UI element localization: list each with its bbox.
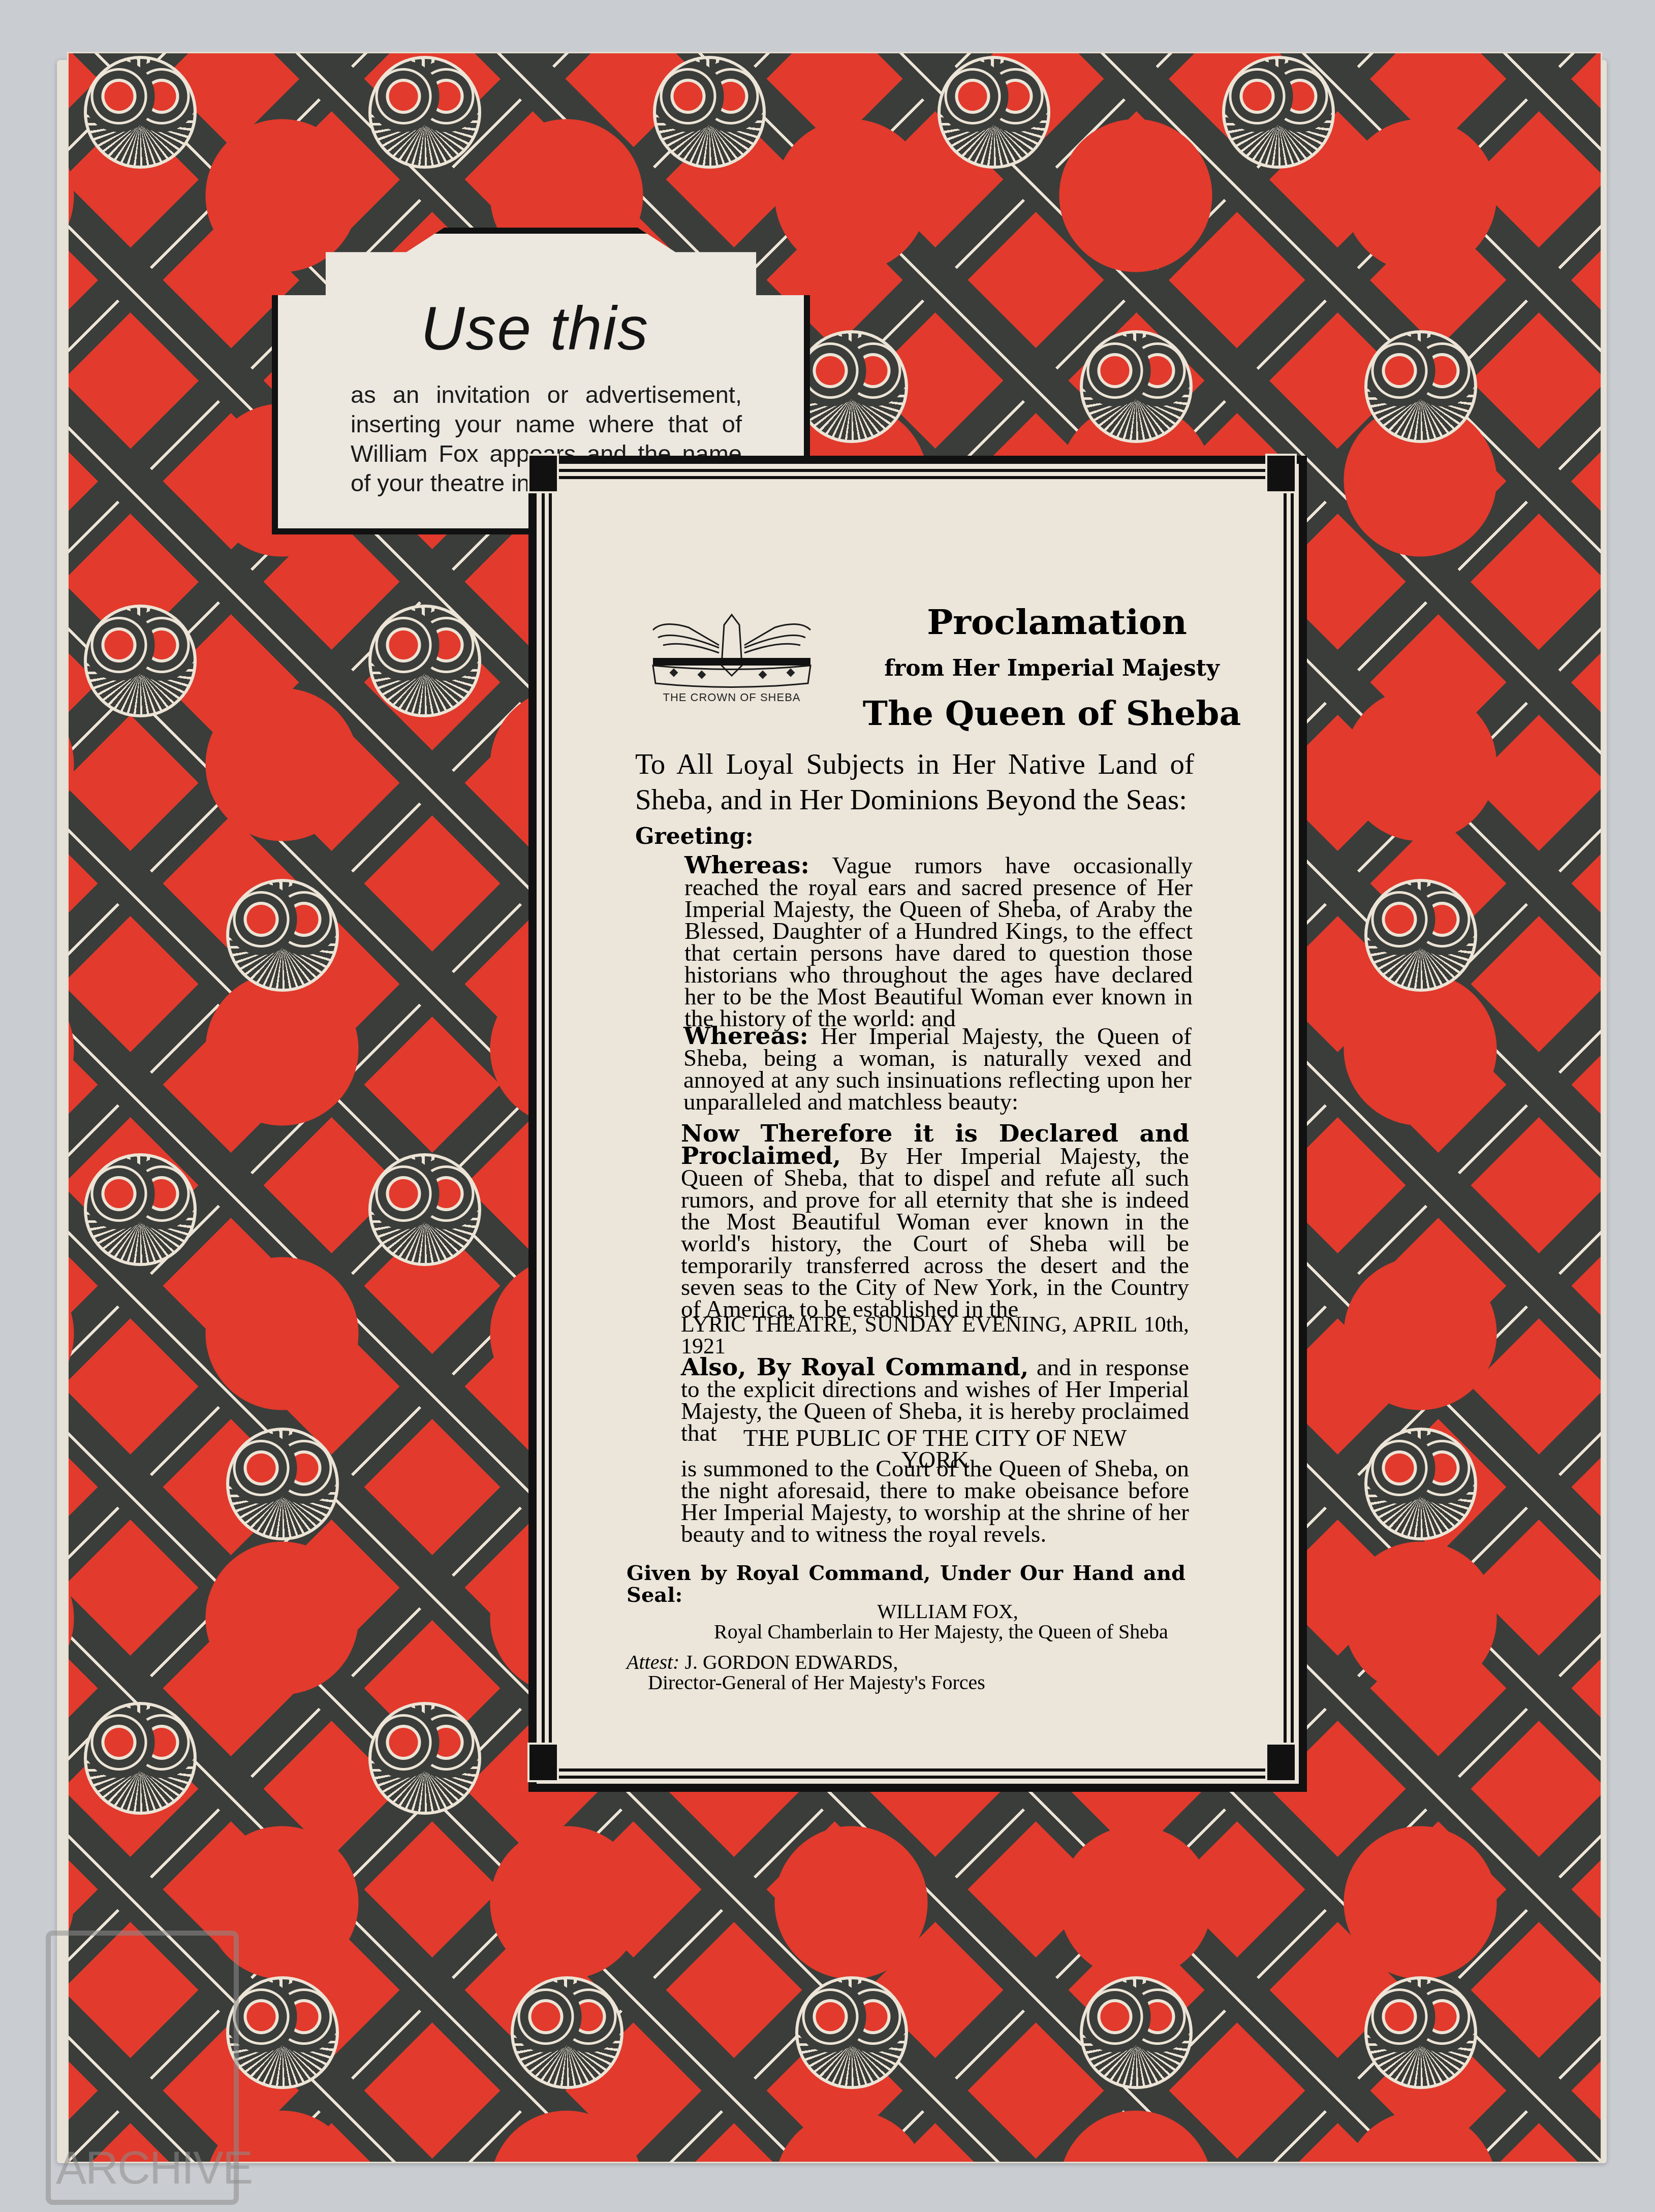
pattern-motif: [1080, 330, 1193, 443]
pattern-motif: [795, 330, 908, 443]
pattern-motif: [84, 56, 197, 169]
venue-line: LYRIC THEATRE, SUNDAY EVENING, APRIL 10t…: [681, 1313, 1189, 1357]
pattern-motif: [1364, 1976, 1477, 2089]
pattern-motif: [653, 56, 766, 169]
pattern-motif: [1364, 1428, 1477, 1540]
pattern-motif: [226, 1428, 339, 1540]
frame-corner-ornament: [527, 454, 559, 493]
greeting-heading: Greeting:: [635, 826, 754, 847]
frame-corner-ornament: [527, 1743, 559, 1782]
proclamation-queen-line: The Queen of Sheba: [823, 693, 1281, 733]
proclamation-title: Proclamation: [859, 602, 1255, 643]
attest-name: J. GORDON EDWARDS,: [684, 1651, 898, 1673]
pattern-motif: [795, 1976, 908, 2089]
whereas-paragraph-2: Whereas: Her Imperial Majesty, the Queen…: [683, 1025, 1192, 1113]
attest-title: Director-General of Her Majesty's Forces: [648, 1671, 1156, 1693]
declaration-text: By Her Imperial Majesty, the Queen of Sh…: [681, 1143, 1189, 1322]
attest-label: Attest:: [627, 1651, 679, 1673]
signatory-title: Royal Chamberlain to Her Majesty, the Qu…: [714, 1621, 1217, 1642]
watermark-text: ARCHIVE: [56, 2142, 252, 2195]
pattern-motif: [1080, 1976, 1193, 2089]
pattern-motif: [1222, 56, 1335, 169]
pattern-motif: [368, 56, 481, 169]
declaration-paragraph: Now Therefore it is Declared and Proclai…: [681, 1123, 1189, 1320]
pattern-motif: [226, 879, 339, 992]
summons-paragraph: is summoned to the Court of the Queen of…: [681, 1458, 1189, 1545]
pattern-motif: [1364, 879, 1477, 992]
pattern-motif: [84, 605, 197, 717]
pattern-motif: [368, 1153, 481, 1266]
pattern-motif: [1364, 330, 1477, 443]
use-this-title: Use this: [272, 294, 798, 364]
proclamation-intro: To All Loyal Subjects in Her Native Land…: [635, 747, 1194, 818]
frame-corner-ornament: [1265, 1743, 1297, 1782]
pattern-motif: [511, 1976, 623, 2089]
pattern-motif: [84, 1702, 197, 1815]
whereas-paragraph-1: Whereas: Vague rumors have occasionally …: [684, 855, 1193, 1030]
pattern-motif: [84, 1153, 197, 1266]
whereas-text: Vague rumors have occasionally reached t…: [684, 852, 1193, 1032]
crown-caption: THE CROWN OF SHEBA: [643, 691, 821, 704]
pattern-motif: [226, 1976, 339, 2089]
archive-watermark: ARCHIVE: [46, 1931, 239, 2205]
proclamation-from-line: from Her Imperial Majesty: [833, 655, 1270, 681]
attest-line: Attest: J. GORDON EDWARDS,: [627, 1651, 1135, 1673]
pattern-motif: [938, 56, 1050, 169]
pattern-motif: [368, 1702, 481, 1815]
frame-corner-ornament: [1265, 454, 1297, 493]
pattern-motif: [368, 605, 481, 717]
crown-of-sheba-icon: [643, 610, 821, 691]
signatory-name: WILLIAM FOX,: [696, 1600, 1199, 1622]
